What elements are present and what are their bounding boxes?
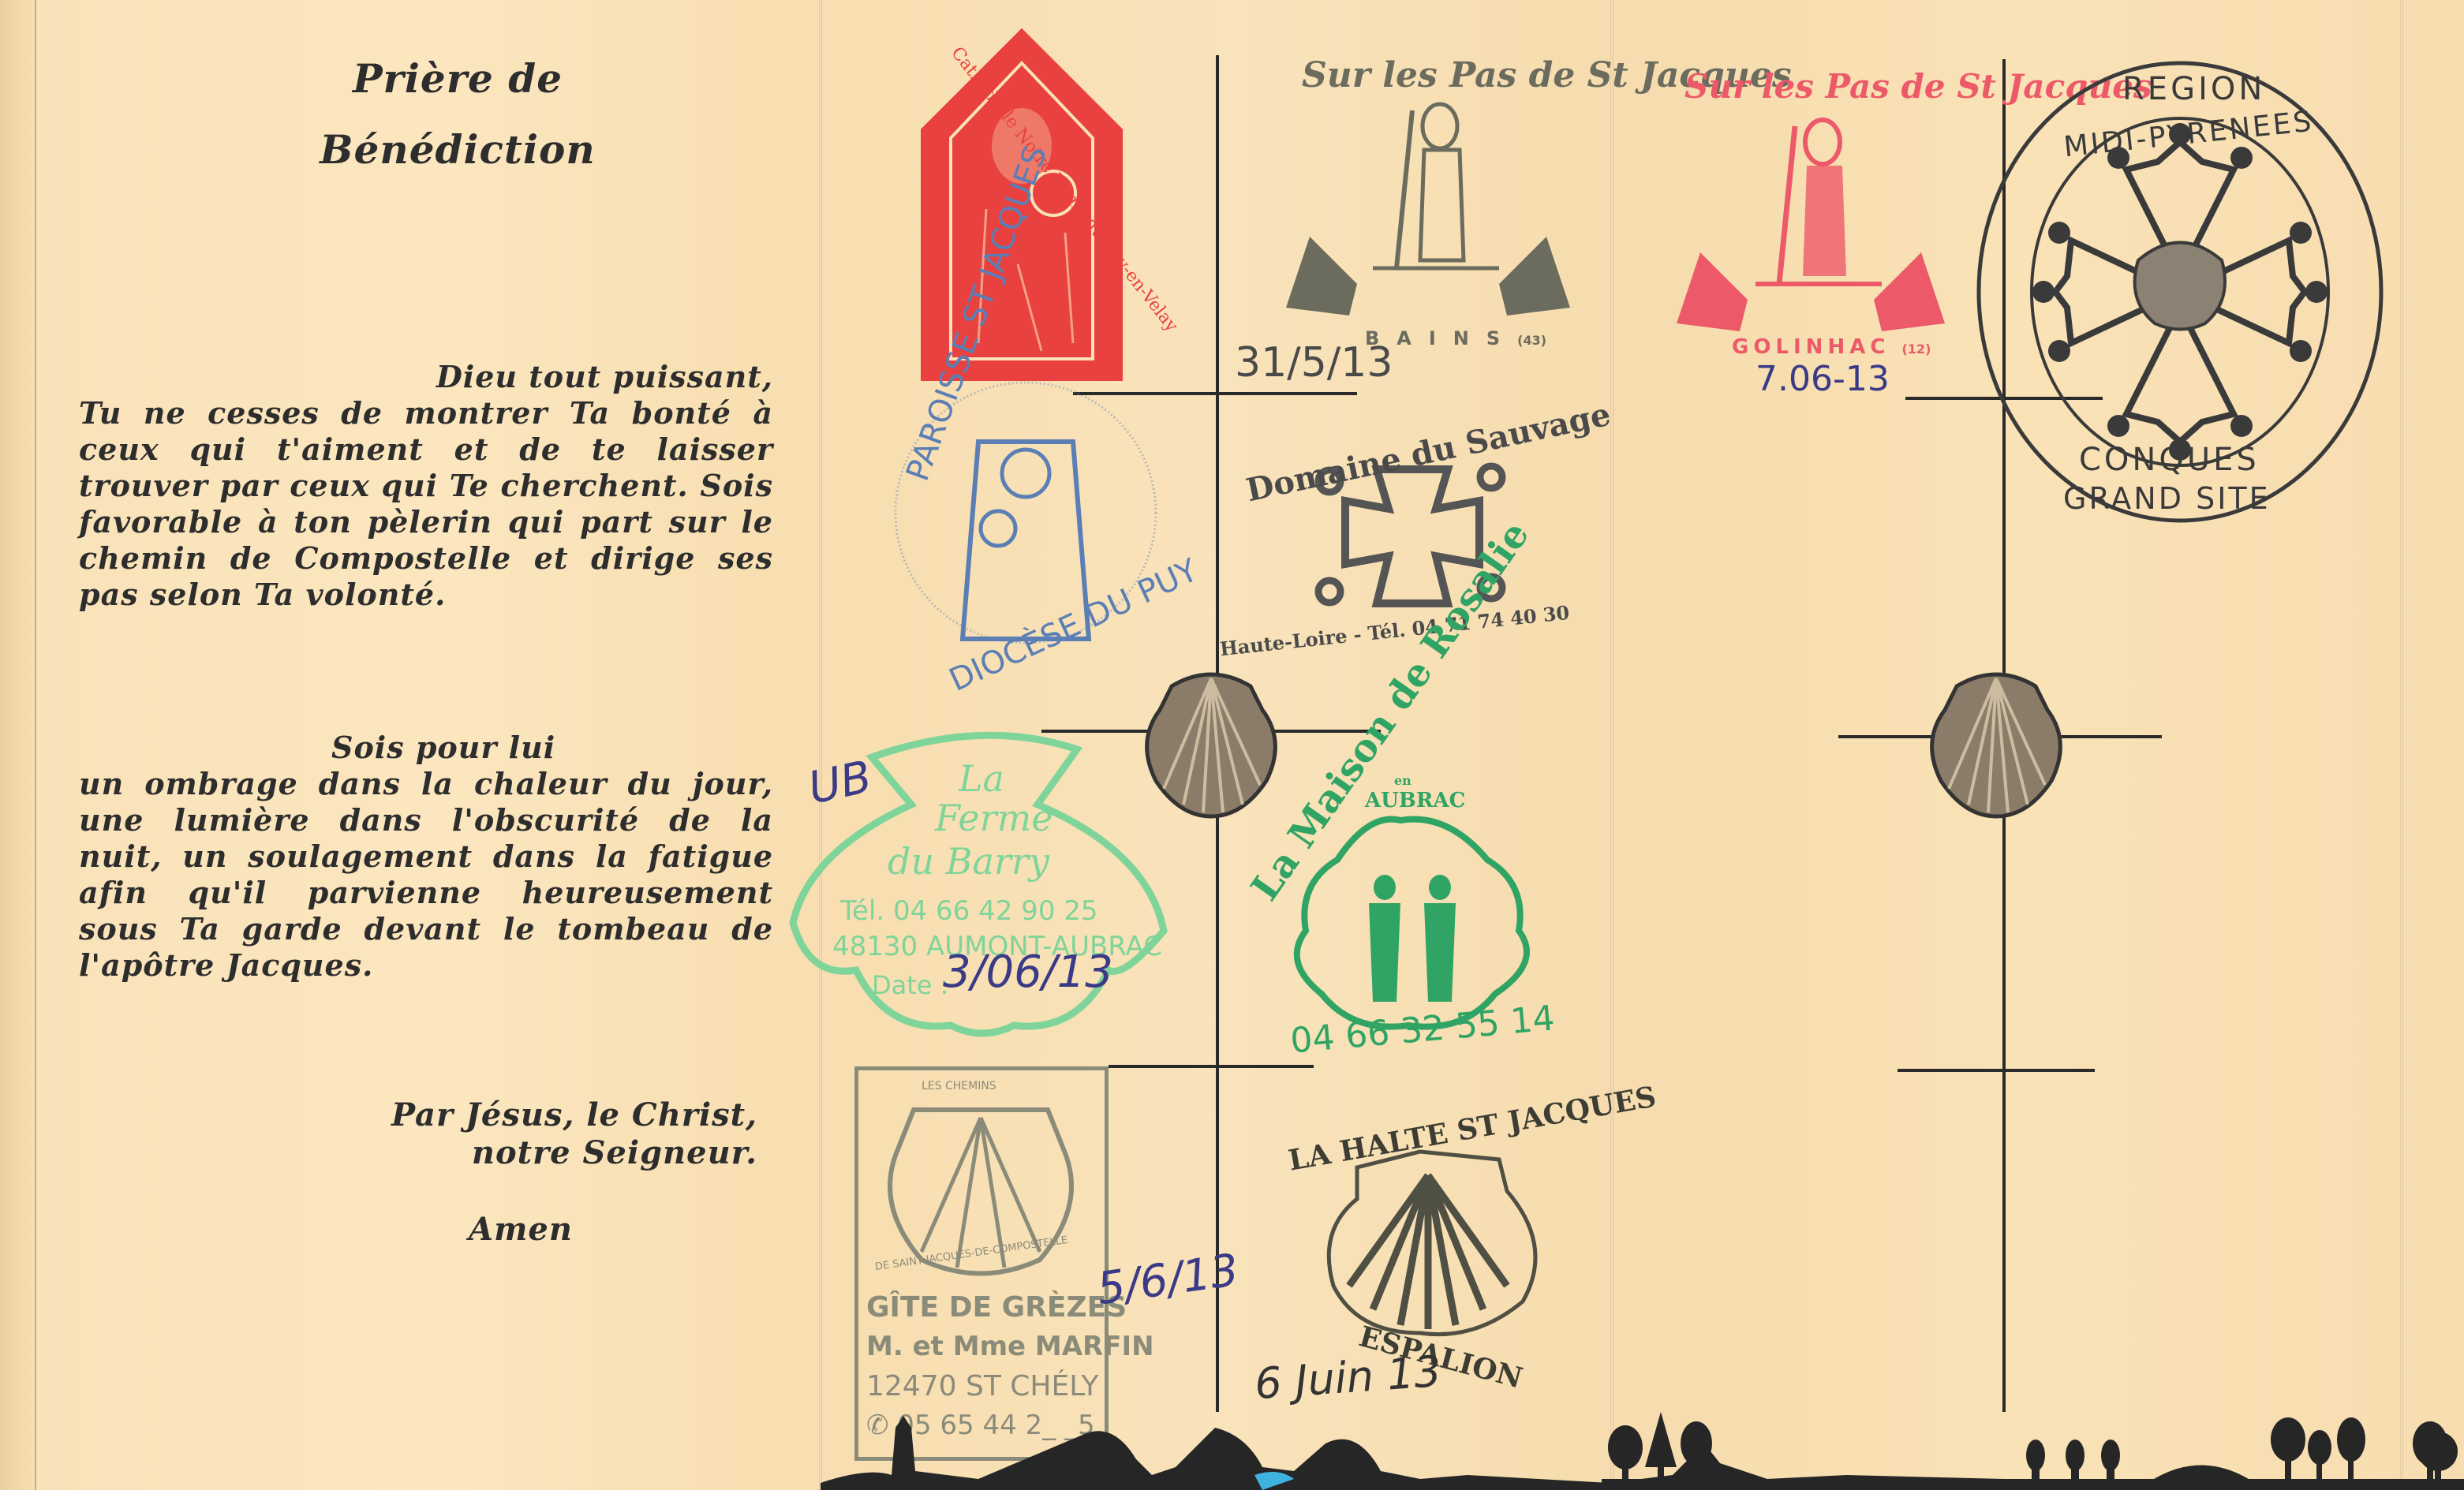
stamp-rosalie-sub1: en	[1394, 773, 1411, 788]
stamp-barry-name1: La	[959, 757, 1004, 800]
prayer-p1-first-line: Dieu tout puissant,	[79, 359, 773, 395]
prayer-closing-line2: notre Seigneur.	[316, 1134, 757, 1172]
handwritten-date-grezes: 5/6/13	[1094, 1245, 1242, 1315]
stamp-rosalie-sub2: AUBRAC	[1365, 789, 1465, 812]
prayer-paragraph-1: Dieu tout puissant, Tu ne cesses de mont…	[79, 359, 773, 613]
credential-sheet: Prière de Bénédiction Dieu tout puissant…	[0, 0, 2464, 1490]
prayer-p1-body: Tu ne cesses de montrer Ta bonté à ceux …	[79, 395, 773, 612]
stamp-grezes-line3: 12470 ST CHÉLY	[866, 1370, 1098, 1402]
stamp-grezes-arc-top: LES CHEMINS	[922, 1080, 996, 1092]
prayer-p2-body: un ombrage dans la chaleur du jour, une …	[79, 766, 773, 983]
prayer-closing: Par Jésus, le Christ, notre Seigneur.	[316, 1096, 757, 1172]
stamp-domaine-du-sauvage: Domaine du Sauvage Haute-Loire - Tél. 04…	[1219, 422, 1613, 651]
stamp-conques-conques: CONQUES	[2079, 442, 2260, 478]
page-edge	[0, 0, 36, 1490]
prayer-paragraph-2: Sois pour lui un ombrage dans la chaleur…	[79, 730, 773, 984]
stamp-conques-grand-site: REGION MIDI-PYRENEES CONQUES GRAND SITE	[1969, 55, 2391, 528]
prayer-title-line1: Prière de	[237, 43, 679, 114]
stamp-paroisse-le-puy: PAROISSE ST JACQUES DIOCÈSE DU PUY	[868, 371, 1183, 655]
stamp-conques-grand-site: GRAND SITE	[2063, 481, 2271, 516]
trees-and-pilgrims-icon	[1602, 1412, 2464, 1490]
stamp-halte-st-jacques: LA HALTE ST JACQUES ESPALION	[1262, 1096, 1594, 1388]
stamp-golinhac-place: GOLINHAC (12)	[1732, 335, 1931, 359]
handwritten-date-golinhac: 7.06-13	[1755, 359, 1890, 399]
stamp-sur-les-pas-golinhac: Sur les Pas de St Jacques GOLINHAC (12)	[1645, 55, 1976, 363]
fold-line-2	[1610, 0, 1613, 1490]
stamp-barry-name3: du Barry	[888, 840, 1049, 883]
stamp-grezes-line1: GÎTE DE GRÈZES	[866, 1291, 1127, 1324]
grid-horizontal-1c	[1109, 1065, 1314, 1068]
handwritten-date-bains: 31/5/13	[1235, 339, 1393, 387]
prayer-p2-first-line: Sois pour lui	[79, 730, 773, 766]
scallop-shell-icon	[1909, 663, 2083, 820]
prayer-closing-line1: Par Jésus, le Christ,	[316, 1096, 757, 1134]
stamp-maison-de-rosalie: La Maison de Rosalie en AUBRAC 04 66 32 …	[1227, 726, 1598, 1057]
prayer-amen: Amen	[442, 1211, 600, 1248]
grid-horizontal-2c	[1898, 1069, 2095, 1072]
prayer-title-line2: Bénédiction	[237, 114, 679, 185]
stamp-conques-region: REGION	[2122, 71, 2265, 107]
stamp-barry-date-label: Date :	[872, 970, 948, 1000]
stamp-barry-phone: Tél. 04 66 42 90 25	[840, 895, 1098, 927]
fold-line-3	[2400, 0, 2403, 1490]
stamp-grezes-line2: M. et Mme MARFIN	[866, 1331, 1154, 1362]
stamp-barry-name2: Ferme	[935, 797, 1053, 839]
handwritten-date-barry: 3/06/13	[943, 947, 1113, 998]
tree-row-silhouettes	[1602, 1412, 2464, 1490]
stamp-gite-de-grezes: LES CHEMINS DE SAINT-JACQUES-DE-COMPOSTE…	[854, 1066, 1109, 1461]
stamp-sur-les-pas-bains: Sur les Pas de St Jacques BAINS(43)	[1254, 39, 1602, 355]
prayer-title: Prière de Bénédiction	[237, 43, 679, 185]
